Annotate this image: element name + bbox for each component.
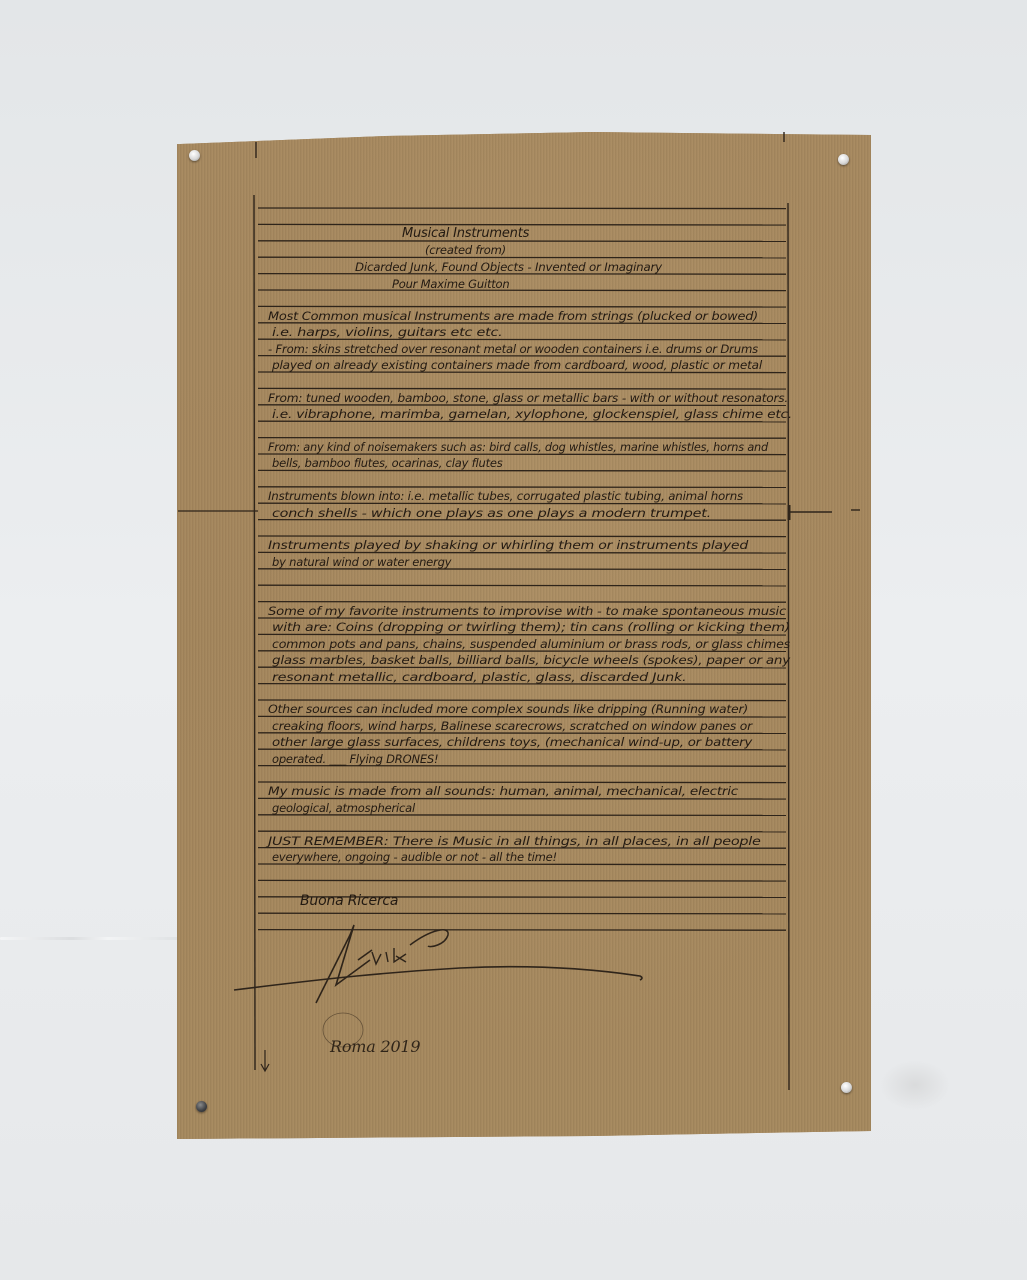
- handwritten-line: operated. ___ Flying DRONES!: [272, 752, 438, 766]
- place-date: Roma 2019: [330, 1037, 420, 1056]
- handwritten-line: i.e. harps, violins, guitars etc etc.: [272, 325, 502, 339]
- handwritten-line: everywhere, ongoing - audible or not - a…: [272, 850, 557, 864]
- signature-initial: [316, 925, 372, 1003]
- handwritten-line: Most Common musical Instruments are made…: [268, 309, 758, 323]
- handwritten-line: by natural wind or water energy: [272, 555, 451, 569]
- handwritten-line: bells, bamboo flutes, ocarinas, clay flu…: [272, 456, 503, 470]
- handwritten-line: i.e. vibraphone, marimba, gamelan, xylop…: [272, 407, 792, 421]
- closing-text: Buona Ricerca: [300, 893, 398, 909]
- signature-flourish: [410, 930, 448, 947]
- handwritten-line: - From: skins stretched over resonant me…: [268, 342, 758, 356]
- doc-subtitle-2: Dicarded Junk, Found Objects - Invented …: [355, 260, 662, 274]
- handwritten-line: other large glass surfaces, childrens to…: [272, 735, 752, 749]
- handwritten-line: geological, atmospherical: [272, 801, 415, 815]
- handwritten-line: Instruments played by shaking or whirlin…: [268, 538, 748, 552]
- handwritten-line: Some of my favorite instruments to impro…: [268, 604, 786, 618]
- handwritten-line: glass marbles, basket balls, billiard ba…: [272, 653, 790, 667]
- handwritten-line: Instruments blown into: i.e. metallic tu…: [268, 489, 743, 503]
- arrow-down-icon: [261, 1050, 269, 1071]
- signature-underline: [234, 967, 642, 990]
- handwritten-line: creaking floors, wind harps, Balinese sc…: [272, 719, 752, 733]
- handwritten-line: played on already existing containers ma…: [272, 358, 762, 372]
- doc-dedication: Pour Maxime Guitton: [392, 277, 509, 291]
- doc-title: Musical Instruments: [402, 226, 529, 241]
- handwritten-line: JUST REMEMBER: There is Music in all thi…: [268, 834, 761, 848]
- handwritten-line: conch shells - which one plays as one pl…: [272, 506, 711, 520]
- doc-subtitle: (created from): [425, 243, 506, 257]
- handwritten-line: Other sources can included more complex …: [268, 702, 748, 716]
- handwritten-line: From: any kind of noisemakers such as: b…: [268, 440, 768, 454]
- handwritten-line: with are: Coins (dropping or twirling th…: [272, 620, 790, 634]
- left-margin-line: [254, 195, 255, 1070]
- handwritten-line: resonant metallic, cardboard, plastic, g…: [272, 670, 686, 684]
- handwritten-line: common pots and pans, chains, suspended …: [272, 637, 790, 651]
- handwritten-line: From: tuned wooden, bamboo, stone, glass…: [268, 391, 788, 405]
- handwritten-line: My music is made from all sounds: human,…: [268, 784, 738, 798]
- signature-letters: [372, 948, 406, 964]
